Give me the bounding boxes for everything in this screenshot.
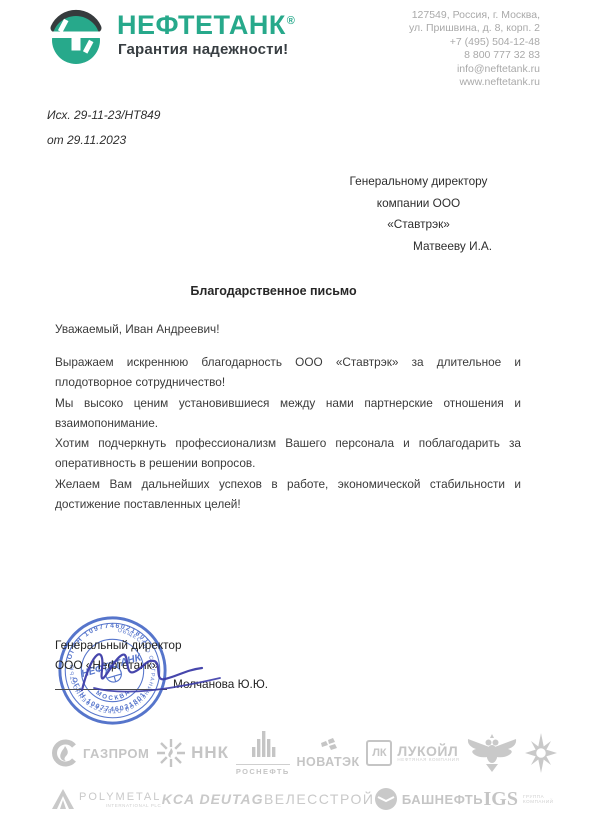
contact-line: ул. Пришвина, д. 8, корп. 2 <box>409 22 540 35</box>
partner-logo-velesstroy: ВЕЛЕССТРОЙ <box>264 791 375 807</box>
emercom-star-icon <box>525 733 557 773</box>
letter-paragraph: Желаем Вам дальнейших успехов в работе, … <box>55 474 521 515</box>
bashneft-circle-icon <box>375 788 397 810</box>
reference-date: от 29.11.2023 <box>47 133 160 147</box>
partners-row-2: POLYMETAL INTERNATIONAL PLC KCA DEUTAG В… <box>52 784 557 814</box>
polymetal-text-block: POLYMETAL INTERNATIONAL PLC <box>79 791 161 808</box>
contact-line: 8 800 777 32 83 <box>409 49 540 62</box>
contact-line: +7 (495) 504-12-48 <box>409 36 540 49</box>
partner-logo-kca-deutag: KCA DEUTAG <box>162 791 264 807</box>
letter-title: Благодарственное письмо <box>55 284 492 298</box>
partner-logo-lukoil: ЛК ЛУКОЙЛ НЕФТЯНАЯ КОМПАНИЯ <box>366 740 459 766</box>
nnk-emblem-icon <box>156 738 186 768</box>
brand-tagline: Гарантия надежности! <box>118 41 288 58</box>
addressee-line: компании ООО «Ставтрэк» <box>345 193 492 236</box>
partner-logo-rosneft: РОСНЕФТЬ <box>236 731 290 776</box>
partner-logo-label: POLYMETAL <box>79 791 161 803</box>
addressee-block: Генеральному директору компании ООО «Ста… <box>345 171 492 257</box>
partner-logo-label: РОСНЕФТЬ <box>236 764 290 776</box>
rosneft-derrick-icon <box>248 731 278 757</box>
partner-logo-subtext: ГРУППА КОМПАНИЙ <box>523 794 557 804</box>
contact-line: 127549, Россия, г. Москва, <box>409 9 540 22</box>
addressee-name: Матвееву И.А. <box>345 236 492 258</box>
brand-name: НЕФТЕТАНК® <box>117 10 295 41</box>
partner-logo-novatek: НОВАТЭК <box>296 738 359 769</box>
lukoil-box-mark: ЛК <box>366 740 392 766</box>
partner-logo-label: БАШНЕФТЬ <box>402 792 483 807</box>
partner-logo-igs: IGS ГРУППА КОМПАНИЙ <box>483 788 556 811</box>
partner-logo-bashneft: БАШНЕФТЬ <box>375 788 483 810</box>
lukoil-text-block: ЛУКОЙЛ НЕФТЯНАЯ КОМПАНИЯ <box>397 745 459 762</box>
partner-logo-nnk: ННК <box>156 738 229 768</box>
partner-logo-label: ЛУКОЙЛ <box>397 745 458 757</box>
registered-mark: ® <box>287 15 296 27</box>
partner-logo-label: IGS <box>483 788 517 811</box>
letter-body: Выражаем искреннюю благодарность ООО «Ст… <box>55 352 521 514</box>
contact-line-website: www.neftetank.ru <box>409 76 540 89</box>
partner-logo-label: НОВАТЭК <box>296 755 359 769</box>
polymetal-triangle-icon <box>52 789 74 809</box>
reference-number: Исх. 29-11-23/НТ849 <box>47 108 160 122</box>
letter-paragraph: Мы высоко ценим установившиеся между нам… <box>55 393 521 434</box>
letter-page: НЕФТЕТАНК® Гарантия надежности! 127549, … <box>0 0 595 818</box>
letter-paragraph: Выражаем искреннюю благодарность ООО «Ст… <box>55 352 521 393</box>
partners-row-1: ГАЗПРОМ ННК РОСНЕФТЬ <box>52 728 557 778</box>
partner-logo-polymetal: POLYMETAL INTERNATIONAL PLC <box>52 789 161 809</box>
partner-logo-label: KCA DEUTAG <box>162 791 264 807</box>
reference-block: Исх. 29-11-23/НТ849 от 29.11.2023 <box>47 108 160 158</box>
partner-logo-subtext: НЕФТЯНАЯ КОМПАНИЯ <box>397 757 459 762</box>
handwritten-signature <box>72 628 228 706</box>
contact-line-email: info@neftetank.ru <box>409 63 540 76</box>
partner-logo-label: ГАЗПРОМ <box>83 746 149 761</box>
contact-block: 127549, Россия, г. Москва, ул. Пришвина,… <box>409 9 540 89</box>
partner-logo-label: ННК <box>191 743 229 763</box>
partner-logo-subtext: INTERNATIONAL PLC <box>106 803 162 808</box>
partner-logo-label: ВЕЛЕССТРОЙ <box>264 791 375 807</box>
gazprom-flame-icon <box>52 738 78 768</box>
partner-logo-gazprom: ГАЗПРОМ <box>52 738 149 768</box>
letter-paragraph: Хотим подчеркнуть профессионализм Вашего… <box>55 433 521 474</box>
brand-name-text: НЕФТЕТАНК <box>117 10 286 40</box>
addressee-line: Генеральному директору <box>345 171 492 193</box>
novatek-coal-icon <box>316 738 340 750</box>
neftetank-logo-icon <box>44 7 108 65</box>
defense-ministry-eagle-icon <box>466 734 518 772</box>
letter-salutation: Уважаемый, Иван Андреевич! <box>55 322 219 336</box>
